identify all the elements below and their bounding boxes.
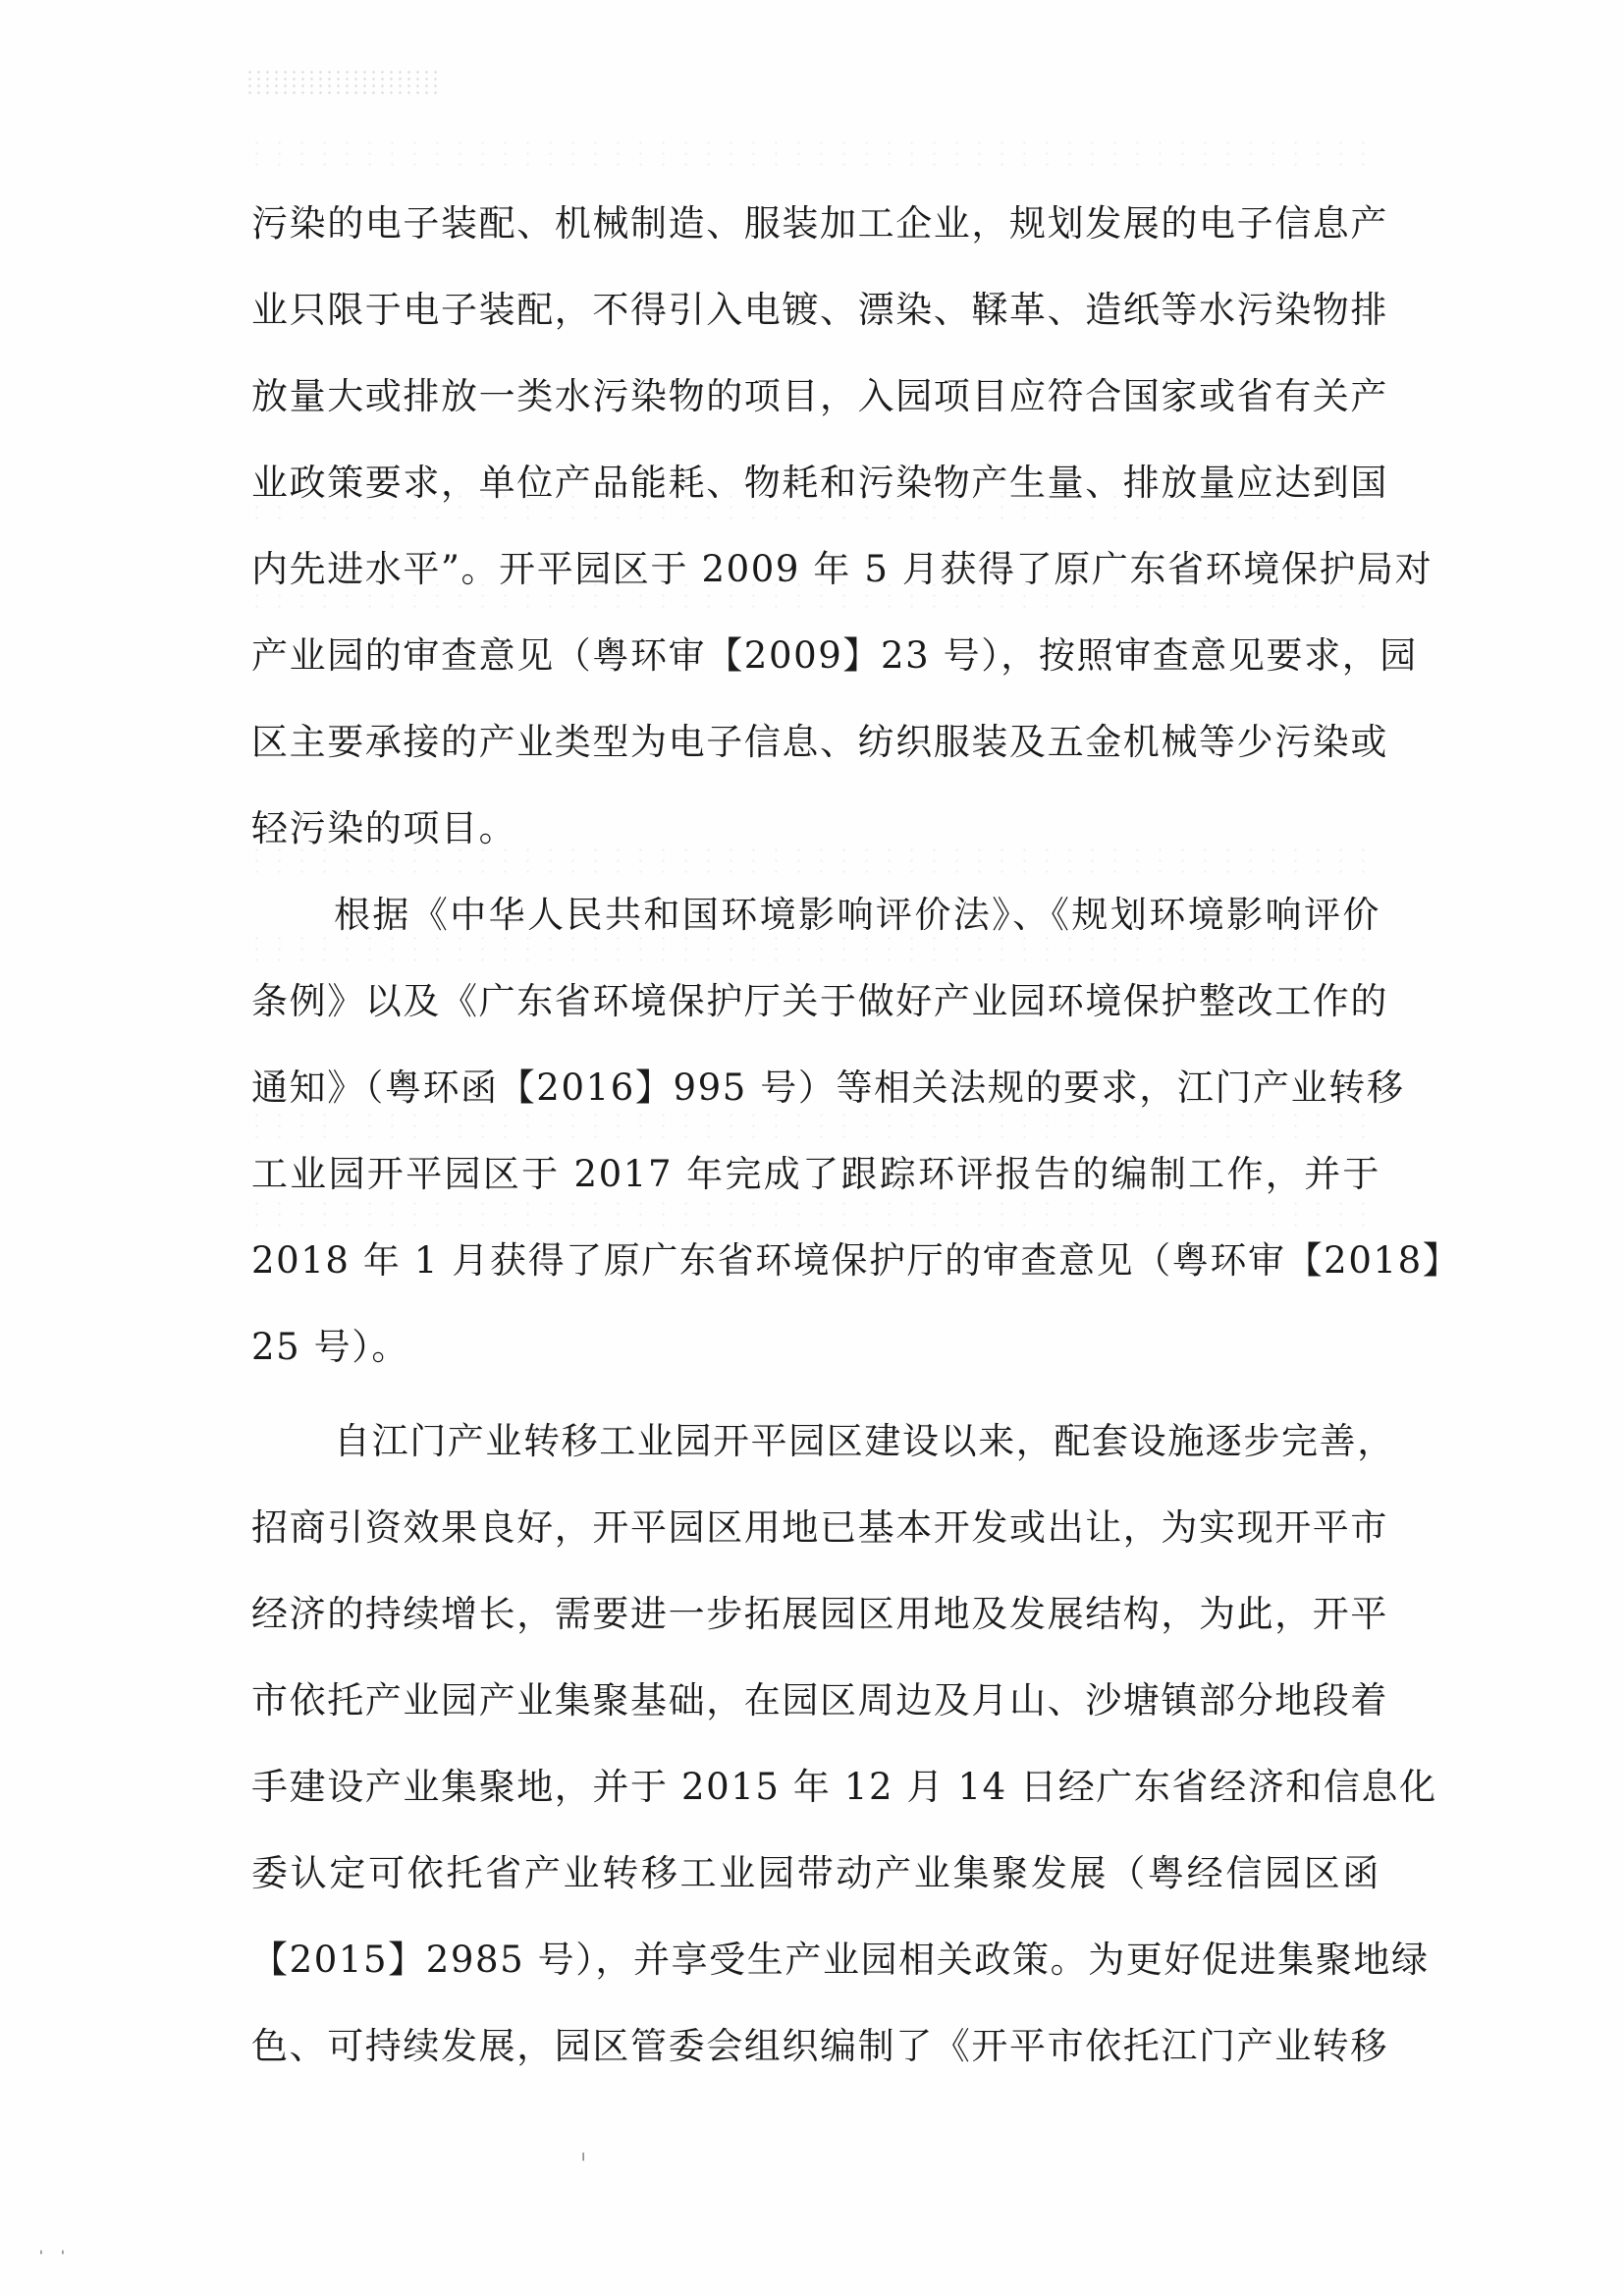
paragraph-spacing — [251, 1391, 1380, 1398]
scanned-page: 污染的电子装配、机械制造、服装加工企业，规划发展的电子信息产 业只限于电子装配，… — [0, 0, 1623, 2296]
text-line: 污染的电子装配、机械制造、服装加工企业，规划发展的电子信息产 — [251, 181, 1380, 267]
text-line: 招商引资效果良好，开平园区用地已基本开发或出让，为实现开平市 — [251, 1485, 1380, 1571]
scan-speck: ' — [39, 2249, 43, 2265]
text-line: 业政策要求，单位产品能耗、物耗和污染物产生量、排放量应达到国 — [251, 440, 1380, 526]
text-line: 【2015】2985 号），并享受生产业园相关政策。为更好促进集聚地绿 — [251, 1917, 1380, 2003]
paragraph-2: 根据《中华人民共和国环境影响评价法》、《规划环境影响评价 条例》以及《广东省环境… — [251, 872, 1380, 1391]
text-line: 经济的持续增长，需要进一步拓展园区用地及发展结构，为此，开平 — [251, 1571, 1380, 1658]
text-line: 自江门产业转移工业园开平园区建设以来，配套设施逐步完善， — [251, 1398, 1380, 1485]
header-scan-artifact — [245, 69, 442, 94]
text-line: 内先进水平”。开平园区于 2009 年 5 月获得了原广东省环境保护局对 — [251, 526, 1380, 613]
text-line: 市依托产业园产业集聚基础，在园区周边及月山、沙塘镇部分地段着 — [251, 1658, 1380, 1744]
text-line: 业只限于电子装配，不得引入电镀、漂染、鞣革、造纸等水污染物排 — [251, 267, 1380, 354]
text-line: 通知》（粤环函【2016】995 号）等相关法规的要求，江门产业转移 — [251, 1045, 1380, 1131]
text-line: 条例》以及《广东省环境保护厅关于做好产业园环境保护整改工作的 — [251, 958, 1380, 1045]
text-line: 产业园的审查意见（粤环审【2009】23 号），按照审查意见要求，园 — [251, 613, 1380, 699]
text-line: 放量大或排放一类水污染物的项目，入园项目应符合国家或省有关产 — [251, 354, 1380, 440]
text-line: 2018 年 1 月获得了原广东省环境保护厅的审查意见（粤环审【2018】 — [251, 1218, 1380, 1304]
paragraph-1: 污染的电子装配、机械制造、服装加工企业，规划发展的电子信息产 业只限于电子装配，… — [251, 181, 1380, 872]
scan-noise-band — [245, 137, 1384, 167]
scan-speck: ' — [61, 2249, 65, 2265]
text-line: 区主要承接的产业类型为电子信息、纺织服装及五金机械等少污染或 — [251, 699, 1380, 786]
text-line: 工业园开平园区于 2017 年完成了跟踪环评报告的编制工作，并于 — [251, 1131, 1380, 1218]
paragraph-3: 自江门产业转移工业园开平园区建设以来，配套设施逐步完善， 招商引资效果良好，开平… — [251, 1398, 1380, 2090]
scan-speck: ╵ — [579, 2154, 587, 2169]
text-line: 25 号）。 — [251, 1304, 1380, 1391]
text-line: 色、可持续发展，园区管委会组织编制了《开平市依托江门产业转移 — [251, 2003, 1380, 2090]
text-line: 轻污染的项目。 — [251, 786, 1380, 872]
text-line: 根据《中华人民共和国环境影响评价法》、《规划环境影响评价 — [251, 872, 1380, 958]
text-line: 委认定可依托省产业转移工业园带动产业集聚发展（粤经信园区函 — [251, 1831, 1380, 1917]
text-line: 手建设产业集聚地，并于 2015 年 12 月 14 日经广东省经济和信息化 — [251, 1744, 1380, 1831]
document-body: 污染的电子装配、机械制造、服装加工企业，规划发展的电子信息产 业只限于电子装配，… — [251, 181, 1380, 2090]
